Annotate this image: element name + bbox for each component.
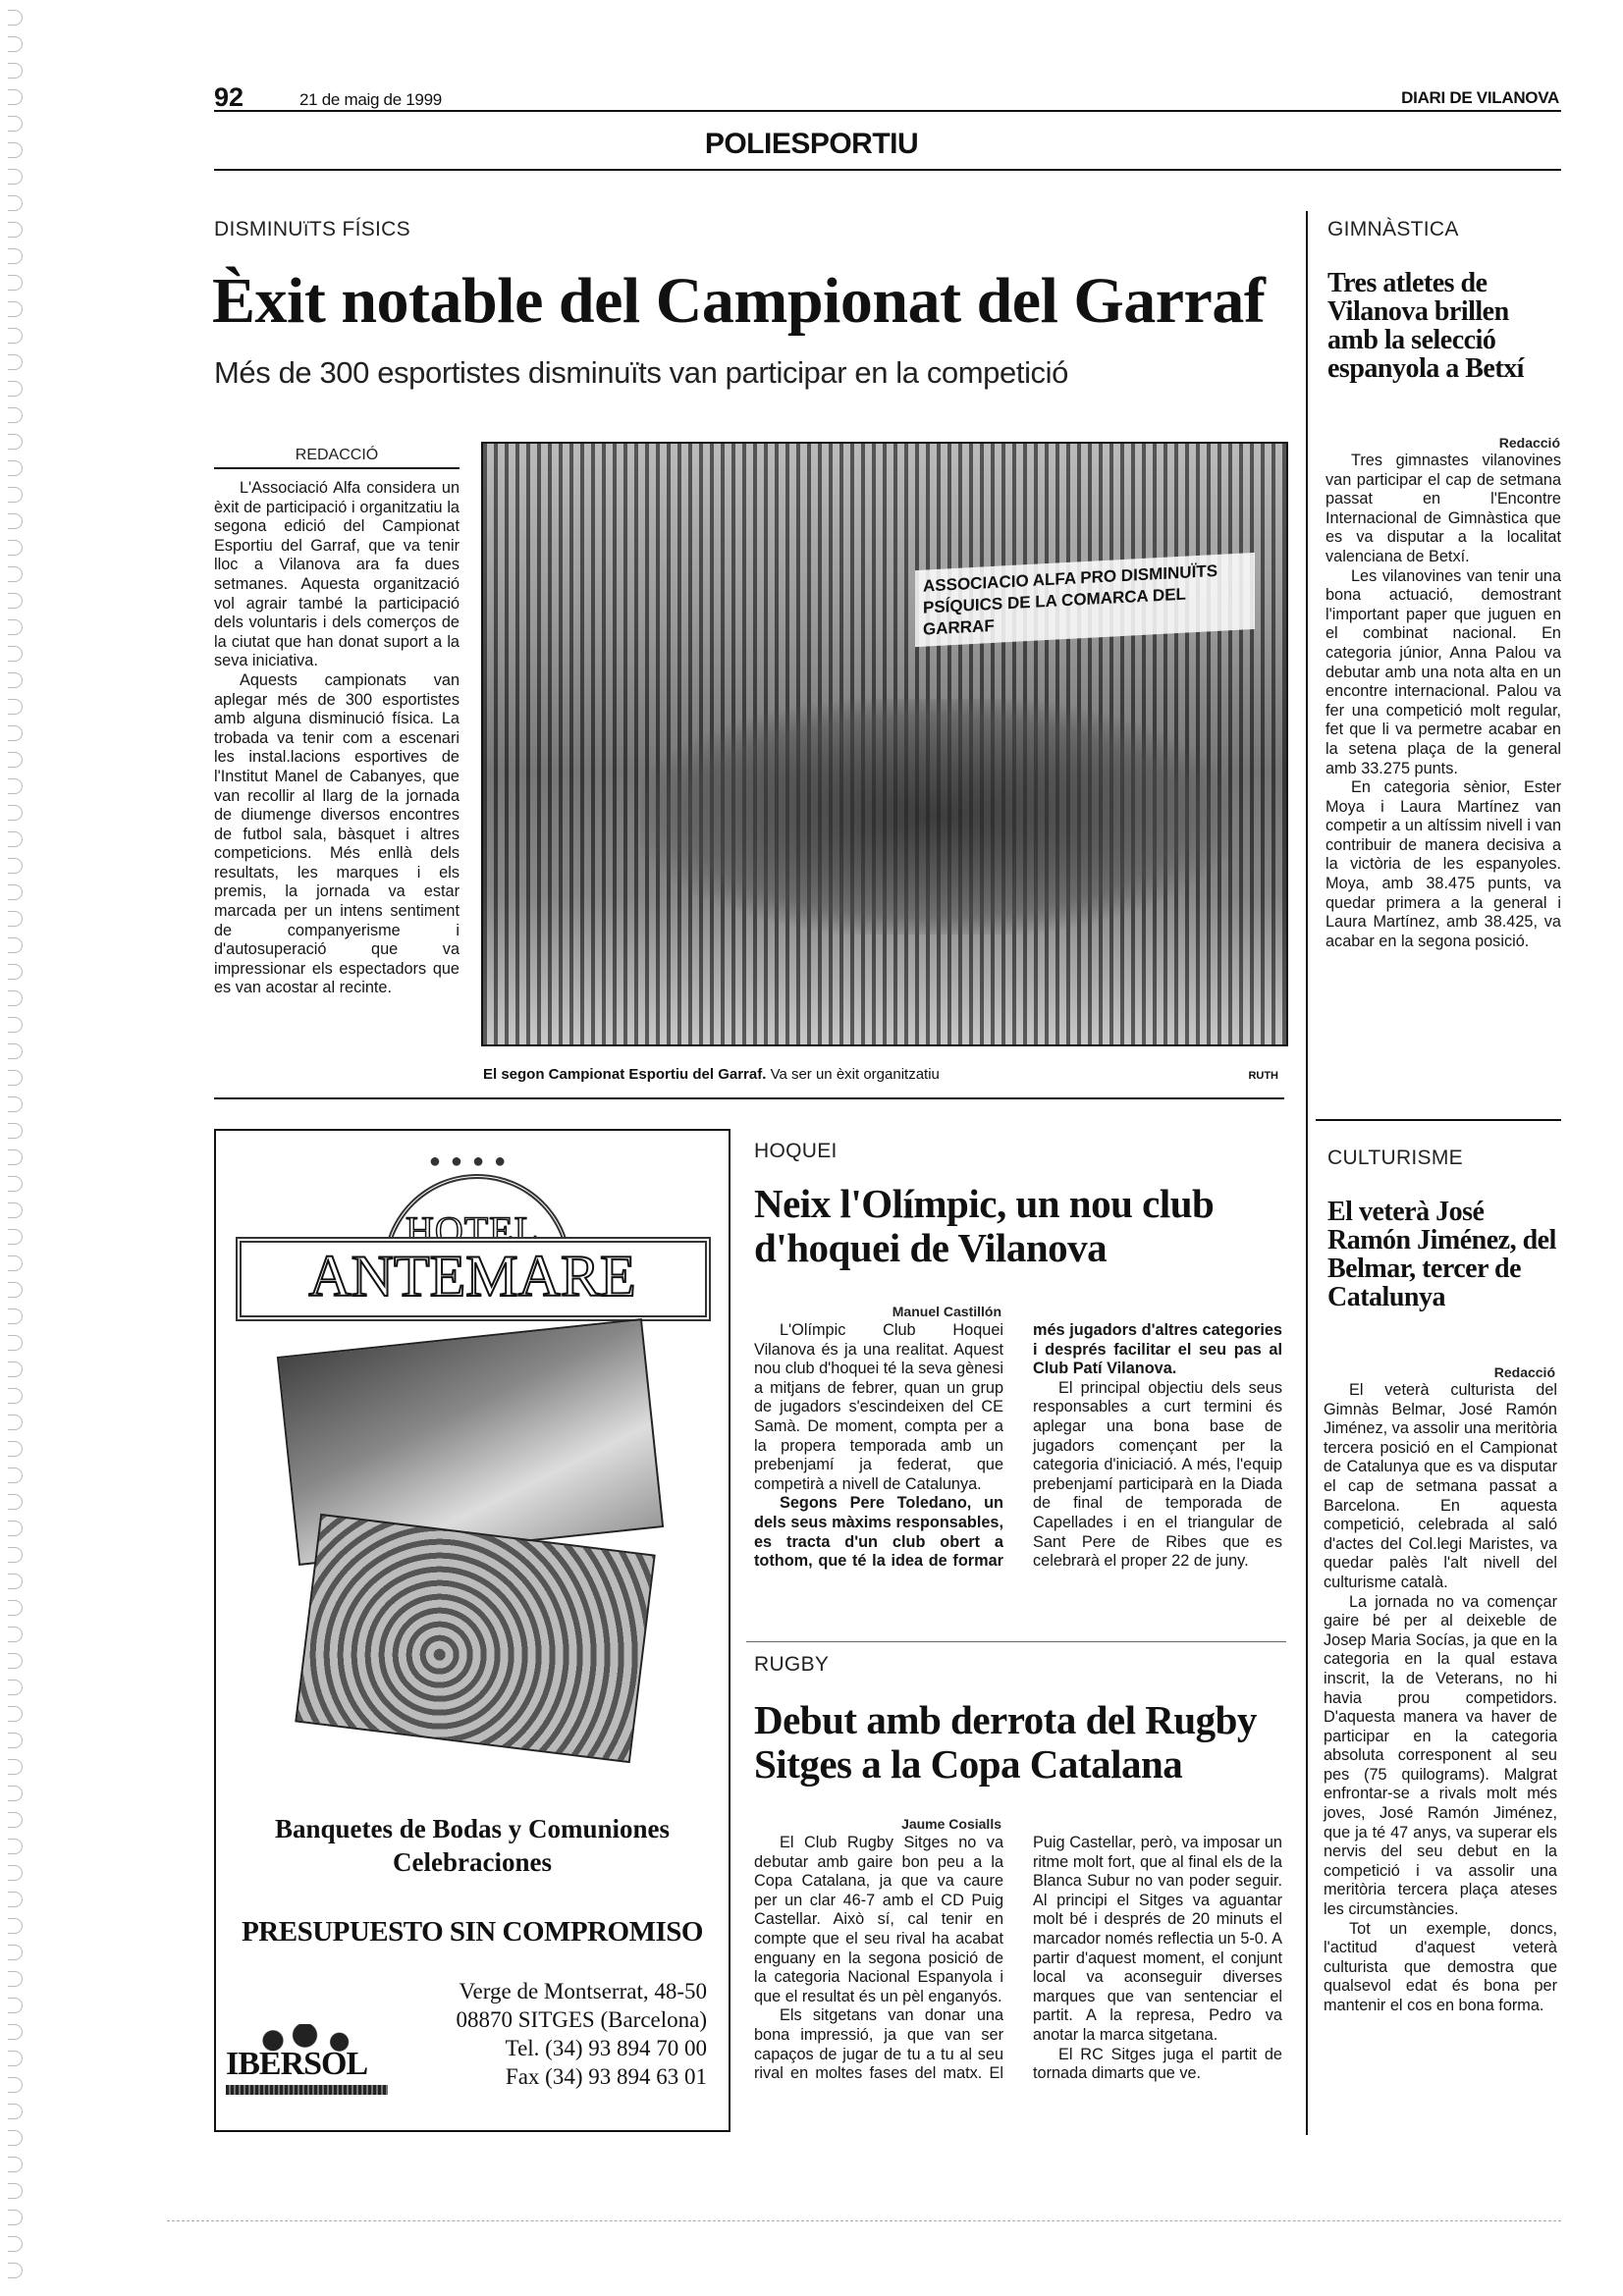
binding-hole-icon (8, 1918, 23, 1934)
binding-hole-icon (8, 1759, 23, 1775)
binding-hole-icon (8, 1123, 23, 1139)
binding-hole-icon (8, 1706, 23, 1722)
header-rule (214, 110, 1561, 112)
binding-hole-icon (8, 460, 23, 476)
article-photo: ASSOCIACIO ALFA PRO DISMINUÏTS PSÍQUICS … (481, 442, 1288, 1046)
main-article-body: L'Associació Alfa considera un èxit de p… (214, 479, 460, 998)
ad-contact: Verge de Montserrat, 48-50 08870 SITGES … (457, 1977, 708, 2091)
binding-hole-icon (8, 63, 23, 79)
binding-hole-icon (8, 513, 23, 529)
hockey-bottom-rule (746, 1641, 1286, 1642)
binding-hole-icon (8, 937, 23, 953)
binding-hole-icon (8, 1362, 23, 1377)
binding-hole-icon (8, 858, 23, 874)
binding-hole-icon (8, 169, 23, 185)
binding-hole-icon (8, 487, 23, 503)
binding-hole-icon (8, 831, 23, 847)
binding-hole-icon (8, 1176, 23, 1192)
binding-hole-icon (8, 248, 23, 264)
binding-hole-icon (8, 2263, 23, 2278)
binding-hole-icon (8, 434, 23, 450)
binding-hole-icon (8, 1335, 23, 1351)
binding-hole-icon (8, 1733, 23, 1748)
city-line: 08870 SITGES (Barcelona) (457, 2005, 708, 2034)
gymnastics-headline: Tres atletes de Vilanova brillen amb la … (1327, 269, 1563, 383)
publication-name: DIARI DE VILANOVA (1401, 88, 1559, 108)
binding-hole-icon (8, 2210, 23, 2225)
paragraph: L'Olímpic Club Hoquei Vilanova és ja una… (754, 1321, 1003, 1494)
binding-hole-icon (8, 301, 23, 317)
binding-hole-icon (8, 1096, 23, 1112)
binding-hole-icon (8, 2024, 23, 2040)
binding-hole-icon (8, 1494, 23, 1510)
photo-credit: RUTH (1248, 1070, 1278, 1082)
binding-hole-icon (8, 1255, 23, 1271)
binding-hole-icon (8, 1282, 23, 1298)
binding-hole-icon (8, 1308, 23, 1324)
binding-hole-icon (8, 328, 23, 344)
photo-banner: ASSOCIACIO ALFA PRO DISMINUÏTS PSÍQUICS … (915, 553, 1255, 647)
binding-hole-icon (8, 1786, 23, 1801)
binding-hole-icon (8, 699, 23, 715)
paragraph: En categoria sènior, Ester Moya i Laura … (1325, 778, 1561, 951)
binding-hole-icon (8, 89, 23, 105)
gymnastics-body: Tres gimnastes vilanovines van participa… (1325, 452, 1561, 951)
binding-hole-icon (8, 36, 23, 52)
binding-hole-icon (8, 725, 23, 741)
main-kicker: DISMINUïTS FÍSICS (214, 218, 410, 241)
bodybuilding-kicker: CULTURISME (1327, 1147, 1463, 1170)
phone-number: Tel. (34) 93 894 70 00 (457, 2034, 708, 2062)
binding-hole-icon (8, 1998, 23, 2013)
page-number: 92 (214, 82, 243, 113)
paragraph: El veterà culturista del Gimnàs Belmar, … (1324, 1381, 1557, 1593)
binding-hole-icon (8, 1812, 23, 1828)
gymnastics-bottom-rule (1316, 1119, 1561, 1121)
hockey-headline: Neix l'Olímpic, un nou club d'hoquei de … (754, 1182, 1265, 1270)
binding-hole-icon (8, 1547, 23, 1563)
paragraph: Aquests campionats van aplegar més de 30… (214, 671, 460, 998)
binding-hole-icon (8, 1839, 23, 1854)
binding-hole-icon (8, 911, 23, 927)
binding-hole-icon (8, 1415, 23, 1430)
binding-hole-icon (8, 752, 23, 768)
bodybuilding-headline: El veterà José Ramón Jiménez, del Belmar… (1327, 1198, 1563, 1311)
binding-hole-icon (8, 2157, 23, 2172)
binding-hole-icon (8, 1521, 23, 1536)
paragraph: El RC Sitges juga el partit de tornada d… (1033, 2046, 1282, 2084)
binding-hole-icon (8, 1202, 23, 1218)
main-subheadline: Més de 300 esportistes disminuïts van pa… (214, 355, 1068, 391)
photo-caption: El segon Campionat Esportiu del Garraf. … (483, 1066, 1269, 1083)
binding-hole-icon (8, 646, 23, 662)
address-line: Verge de Montserrat, 48-50 (457, 1977, 708, 2005)
binding-hole-icon (8, 1600, 23, 1616)
rugby-byline: Jaume Cosialls (754, 1816, 1001, 1832)
bodybuilding-byline: Redacció (1327, 1364, 1555, 1380)
binding-hole-icon (8, 1388, 23, 1404)
paragraph: El Club Rugby Sitges no va debutar amb g… (754, 1834, 1003, 2006)
binding-hole-icon (8, 1017, 23, 1033)
binding-hole-icon (8, 593, 23, 609)
binding-hole-icon (8, 1043, 23, 1059)
rugby-body: Jaume Cosialls El Club Rugby Sitges no v… (754, 1816, 1282, 2130)
binding-hole-icon (8, 990, 23, 1006)
paragraph: L'Associació Alfa considera un èxit de p… (214, 479, 460, 671)
star-rating: ●●●● (216, 1150, 729, 1173)
binding-hole-icon (8, 1149, 23, 1165)
footer-rule (167, 2220, 1561, 2221)
binding-hole-icon (8, 2051, 23, 2066)
binding-hole-icon (8, 540, 23, 556)
binding-hole-icon (8, 1627, 23, 1642)
binding-hole-icon (8, 805, 23, 821)
ad-line-budget: PRESUPUESTO SIN COMPROMISO (216, 1916, 729, 1949)
binding-hole-icon (8, 672, 23, 688)
paragraph: La jornada no va començar gaire bé per a… (1324, 1593, 1557, 1920)
binding-hole-icon (8, 1574, 23, 1589)
binding-hole-icon (8, 1070, 23, 1086)
binding-hole-icon (8, 1653, 23, 1669)
binding-hole-icon (8, 619, 23, 635)
binding-hole-icon (8, 2236, 23, 2252)
binding-hole-icon (8, 1680, 23, 1695)
fax-number: Fax (34) 93 894 63 01 (457, 2062, 708, 2091)
rugby-headline: Debut amb derrota del Rugby Sitges a la … (754, 1698, 1274, 1787)
binding-hole-icon (8, 2183, 23, 2199)
hotel-name: ANTEMARE (216, 1245, 729, 1308)
binding-hole-icon (8, 381, 23, 397)
main-bottom-rule (214, 1097, 1284, 1099)
binding-hole-icon (8, 1892, 23, 1907)
binding-hole-icon (8, 2130, 23, 2146)
binding-hole-icon (8, 1468, 23, 1483)
hockey-kicker: HOQUEI (754, 1140, 838, 1163)
binding-hole-icon (8, 566, 23, 582)
binding-hole-icon (8, 354, 23, 370)
binding-hole-icon (8, 1865, 23, 1881)
binding-hole-icon (8, 964, 23, 980)
paragraph: Tres gimnastes vilanovines van participa… (1325, 452, 1561, 567)
ad-line-celebrations: Celebraciones (216, 1847, 729, 1878)
binding-hole-icon (8, 1945, 23, 1960)
main-byline: REDACCIÓ (214, 447, 460, 469)
binding-hole-icon (8, 222, 23, 238)
section-title: POLIESPORTIU (0, 128, 1623, 161)
binding-hole-icon (8, 1441, 23, 1457)
binding-hole-icon (8, 407, 23, 423)
gymnastics-kicker: GIMNÀSTICA (1327, 218, 1459, 241)
ad-line-banquets: Banquetes de Bodas y Comuniones (216, 1814, 729, 1844)
hockey-byline: Manuel Castillón (754, 1304, 1001, 1319)
ibersol-logo: IBERSOL (226, 2024, 393, 2098)
gymnastics-byline: Redacció (1327, 435, 1560, 451)
hotel-collage-photo (277, 1337, 670, 1759)
binding-hole-icon (8, 1229, 23, 1245)
hockey-body: Manuel Castillón L'Olímpic Club Hoquei V… (754, 1304, 1282, 1637)
binding-hole-icon (8, 884, 23, 900)
binding-hole-icon (8, 10, 23, 26)
binding-hole-icon (8, 195, 23, 211)
hotel-advertisement: ●●●● HOTEL ANTEMARE Banquetes de Bodas y… (214, 1129, 730, 2132)
binding-hole-icon (8, 2104, 23, 2119)
rugby-kicker: RUGBY (754, 1653, 829, 1677)
binding-holes (0, 0, 39, 2296)
main-headline: Èxit notable del Campionat del Garraf (212, 267, 1265, 336)
binding-hole-icon (8, 2077, 23, 2093)
paragraph: El principal objectiu dels seus responsa… (1033, 1379, 1282, 1572)
paragraph: Les vilanovines van tenir una bona actua… (1325, 567, 1561, 779)
binding-hole-icon (8, 275, 23, 291)
issue-date: 21 de maig de 1999 (299, 90, 442, 110)
column-divider (1306, 211, 1308, 2135)
section-rule (214, 169, 1561, 171)
binding-hole-icon (8, 778, 23, 794)
binding-hole-icon (8, 1971, 23, 1987)
paragraph: Tot un exemple, doncs, l'actitud d'aques… (1324, 1920, 1557, 2016)
bodybuilding-body: El veterà culturista del Gimnàs Belmar, … (1324, 1381, 1557, 2016)
group-of-athletes (640, 699, 1229, 934)
